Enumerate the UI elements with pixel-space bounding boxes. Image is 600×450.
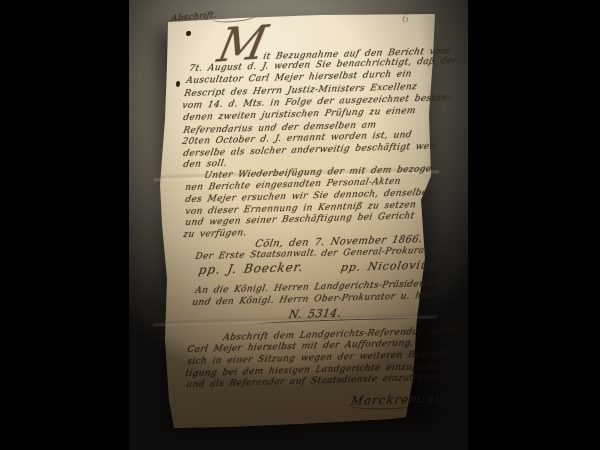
signature-left-name: pp. J. Boecker. — [198, 261, 305, 276]
folio-number: 6 — [402, 12, 409, 25]
signature-right-name: pp. Nicolovius. — [340, 259, 441, 273]
handwriting-line: zu verfügen. — [182, 229, 247, 240]
reference-number: N. 5314. — [288, 307, 342, 320]
handwriting-line: den soll. — [182, 160, 227, 170]
photograph-of-document: Abschrift. 6 M it Bezugnahme auf den Ber… — [0, 0, 600, 450]
